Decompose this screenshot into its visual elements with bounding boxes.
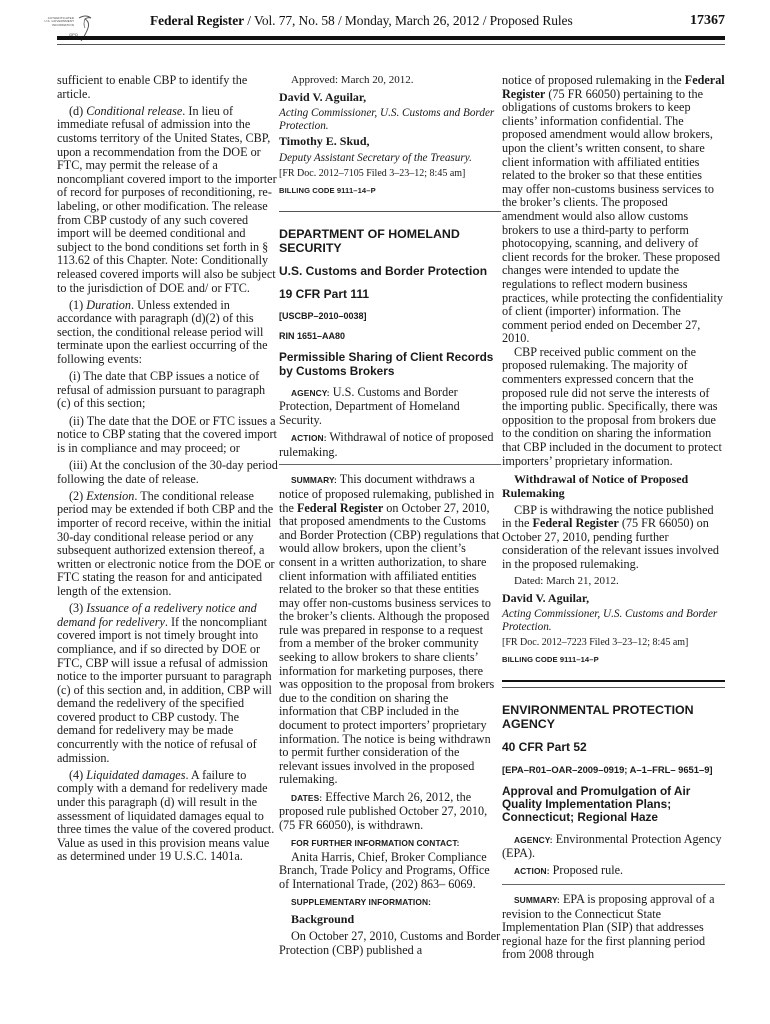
paragraph: CBP is withdrawing the notice published … — [502, 504, 725, 572]
action-caption: ACTION: Proposed rule. — [502, 864, 725, 879]
publication-name: Federal Register — [150, 13, 244, 28]
billing-code: BILLING CODE 9111–14–P — [279, 184, 501, 198]
dates-caption: DATES: Effective March 26, 2012, the pro… — [279, 791, 501, 833]
cfr-part: 19 CFR Part 111 — [279, 288, 501, 301]
para-italic-heading: Extension — [86, 489, 134, 503]
dated-line: Dated: March 21, 2012. — [502, 575, 725, 589]
para-text: notice of proposed rulemaking in the — [502, 73, 685, 87]
signer-title: Acting Commissioner, U.S. Customs and Bo… — [279, 107, 501, 132]
cfr-part: 40 CFR Part 52 — [502, 741, 725, 754]
divider-thin — [502, 687, 725, 688]
header-rule-thin — [57, 44, 725, 45]
sub-agency-heading: U.S. Customs and Border Protection — [279, 265, 501, 278]
signer-name: David V. Aguilar, — [502, 592, 725, 606]
federal-register-ref: Federal Register — [532, 516, 618, 530]
caption-divider — [279, 464, 501, 465]
withdrawal-heading: Withdrawal of Notice of Proposed Rulemak… — [502, 473, 725, 500]
caption-label: DATES: — [291, 793, 322, 803]
signer-name: David V. Aguilar, — [279, 91, 501, 105]
page-number: 17367 — [690, 13, 725, 29]
para-lead: (4) — [69, 768, 86, 782]
paragraph: (i) The date that CBP issues a notice of… — [57, 370, 279, 411]
document-title: Permissible Sharing of Client Records by… — [279, 351, 501, 377]
para-lead: (3) — [69, 601, 86, 615]
document-title: Approval and Promulgation of Air Quality… — [502, 785, 725, 825]
para-text: . If the noncompliant covered import is … — [57, 615, 272, 765]
publication-line: Federal Register / Vol. 77, No. 58 / Mon… — [150, 13, 573, 29]
para-italic-heading: Liquidated damages — [86, 768, 185, 782]
paragraph: sufficient to enable CBP to identify the… — [57, 74, 279, 101]
contact-caption-text: Anita Harris, Chief, Broker Compliance B… — [279, 851, 501, 892]
caption-label: AGENCY: — [514, 835, 553, 845]
paragraph: (iii) At the conclusion of the 30-day pe… — [57, 459, 279, 486]
section-divider — [279, 211, 501, 212]
para-italic-heading: Conditional release — [86, 104, 182, 118]
agency-caption: AGENCY: U.S. Customs and Border Protecti… — [279, 386, 501, 428]
paragraph-redelivery: (3) Issuance of a redelivery notice and … — [57, 602, 279, 765]
paragraph-extension: (2) Extension. The conditional release p… — [57, 490, 279, 599]
caption-label: ACTION: — [514, 866, 550, 876]
header-rule-thick — [57, 36, 725, 40]
rin-number: RIN 1651–AA80 — [279, 331, 501, 342]
docket-number: [EPA–R01–OAR–2009–0919; A–1–FRL– 9651–9] — [502, 764, 725, 776]
issue-info: / Vol. 77, No. 58 / Monday, March 26, 20… — [244, 13, 573, 28]
logo-line: INFORMATION — [36, 24, 74, 27]
agency-heading: ENVIRONMENTAL PROTECTION AGENCY — [502, 704, 725, 731]
section-divider-double — [502, 680, 725, 688]
running-header: Federal Register / Vol. 77, No. 58 / Mon… — [150, 13, 725, 35]
para-text: . A failure to comply with a demand for … — [57, 768, 274, 864]
agency-heading: DEPARTMENT OF HOMELAND SECURITY — [279, 228, 501, 255]
contact-caption-label: FOR FURTHER INFORMATION CONTACT: — [279, 836, 501, 851]
fr-doc-note: [FR Doc. 2012–7105 Filed 3–23–12; 8:45 a… — [279, 168, 501, 180]
para-lead: (1) — [69, 298, 86, 312]
paragraph-liquidated-damages: (4) Liquidated damages. A failure to com… — [57, 769, 279, 864]
paragraph: CBP received public comment on the propo… — [502, 346, 725, 468]
caption-label: SUMMARY: — [514, 895, 560, 905]
docket-number: [USCBP–2010–0038] — [279, 311, 501, 322]
column-2: Approved: March 20, 2012. David V. Aguil… — [279, 74, 501, 961]
caption-label: AGENCY: — [291, 388, 330, 398]
billing-code: BILLING CODE 9111–14–P — [502, 653, 725, 667]
action-caption: ACTION: Withdrawal of notice of proposed… — [279, 431, 501, 459]
caption-label: SUMMARY: — [291, 475, 337, 485]
caption-label: ACTION: — [291, 433, 327, 443]
para-text: (75 FR 66050) pertaining to the obligati… — [502, 87, 723, 346]
paragraph: On October 27, 2010, Customs and Border … — [279, 930, 501, 957]
paragraph: (ii) The date that the DOE or FTC issues… — [57, 415, 279, 456]
caption-text: on October 27, 2010, that proposed amend… — [279, 501, 499, 787]
paragraph-conditional-release: (d) Conditional release. In lieu of imme… — [57, 105, 279, 295]
para-text: . In lieu of immediate refusal of admiss… — [57, 104, 277, 295]
federal-register-ref: Federal Register — [297, 501, 383, 515]
signer-title: Acting Commissioner, U.S. Customs and Bo… — [502, 608, 725, 633]
column-3: notice of proposed rulemaking in the Fed… — [502, 74, 725, 966]
divider-thick — [502, 680, 725, 682]
signer-title: Deputy Assistant Secretary of the Treasu… — [279, 152, 501, 165]
gpo-logo-text: AUTHENTICATED U.S. GOVERNMENT INFORMATIO… — [36, 17, 74, 27]
para-text: . The conditional release period may be … — [57, 489, 275, 598]
caption-text: Proposed rule. — [550, 863, 623, 877]
caption-label: SUPPLEMENTARY INFORMATION: — [291, 897, 431, 907]
background-heading: Background — [279, 913, 501, 927]
summary-caption: SUMMARY: This document withdraws a notic… — [279, 473, 501, 787]
column-1: sufficient to enable CBP to identify the… — [57, 74, 279, 868]
para-lead: (2) — [69, 489, 86, 503]
approved-date: Approved: March 20, 2012. — [279, 74, 501, 88]
agency-caption: AGENCY: Environmental Protection Agency … — [502, 833, 725, 861]
signer-name: Timothy E. Skud, — [279, 135, 501, 149]
para-lead: (d) — [69, 104, 86, 118]
caption-divider — [502, 884, 725, 885]
summary-caption: SUMMARY: EPA is proposing approval of a … — [502, 893, 725, 962]
caption-label: FOR FURTHER INFORMATION CONTACT: — [291, 838, 460, 848]
fr-doc-note: [FR Doc. 2012–7223 Filed 3–23–12; 8:45 a… — [502, 637, 725, 649]
paragraph-duration: (1) Duration. Unless extended in accorda… — [57, 299, 279, 367]
paragraph: notice of proposed rulemaking in the Fed… — [502, 74, 725, 346]
para-italic-heading: Duration — [86, 298, 131, 312]
supplementary-caption: SUPPLEMENTARY INFORMATION: — [279, 895, 501, 910]
